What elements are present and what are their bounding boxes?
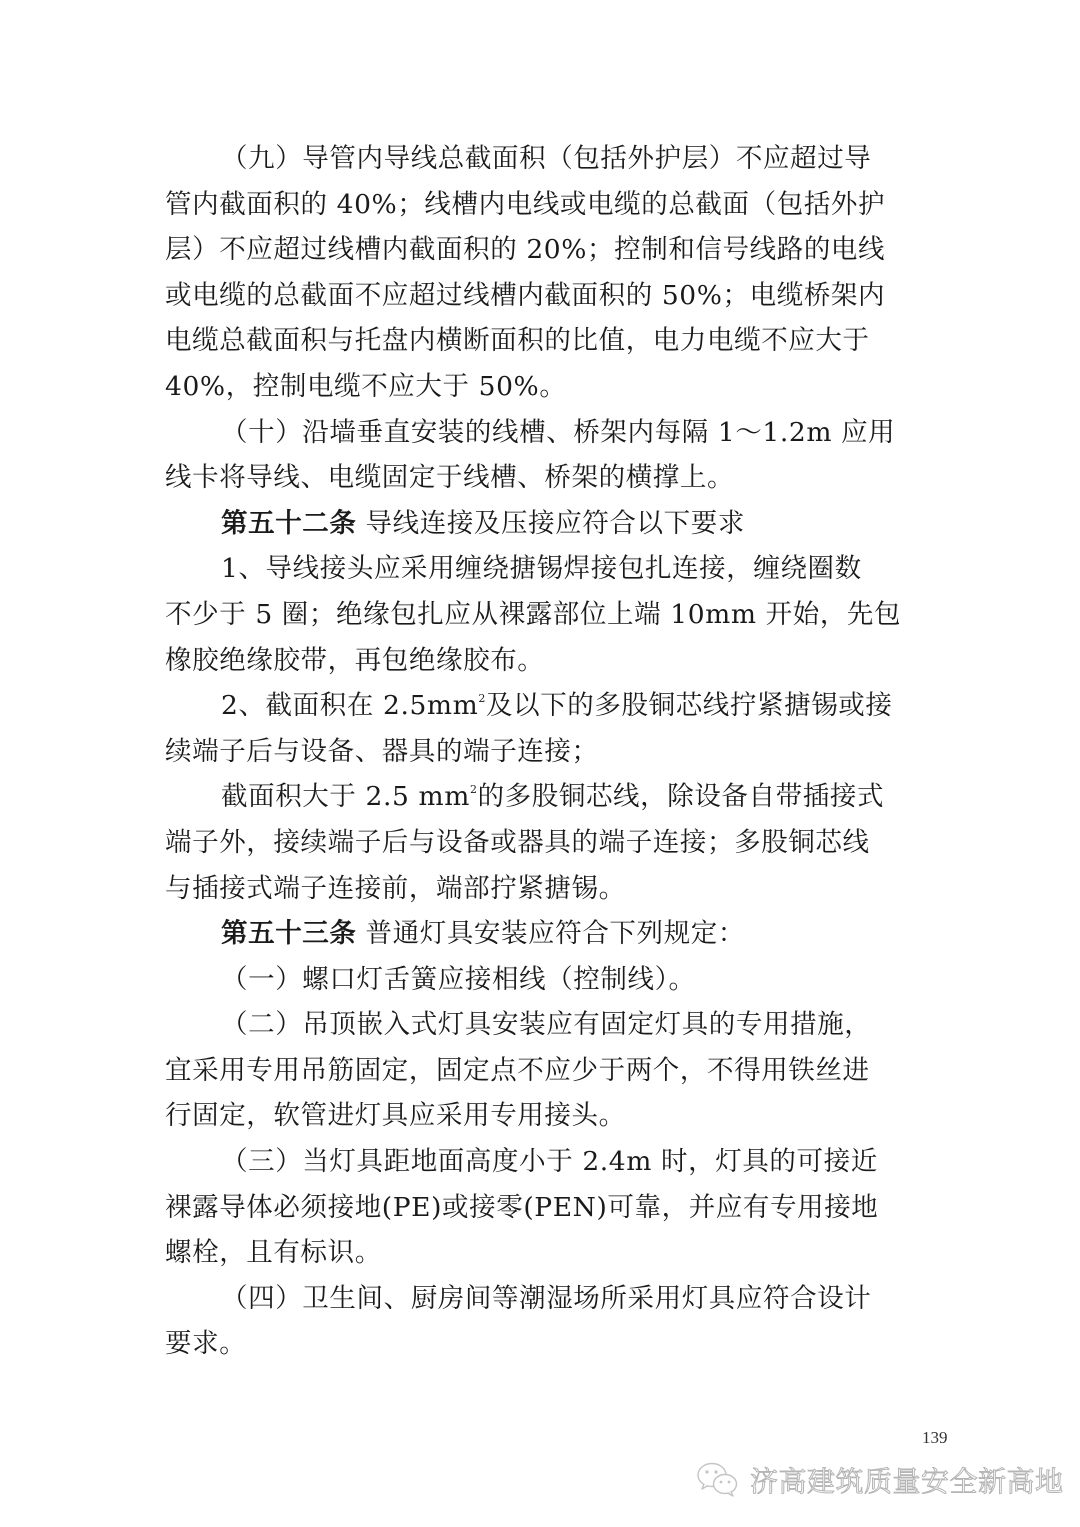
article-number: 第五十二条 — [221, 508, 357, 539]
line-text: 或电缆的总截面不应超过线槽内截面积的 50%；电缆桥架内 — [165, 280, 885, 311]
line-text: 线卡将导线、电缆固定于线槽、桥架的横撑上。 — [165, 462, 734, 493]
text-line: 40%，控制电缆不应大于 50%。 — [165, 364, 917, 410]
superscript: 2 — [470, 783, 478, 796]
text-line: 端子外，接续端子后与设备或器具的端子连接；多股铜芯线 — [165, 820, 917, 866]
line-text: 与插接式端子连接前，端部拧紧搪锡。 — [165, 873, 626, 904]
text-line: （四）卫生间、厨房间等潮湿场所采用灯具应符合设计 — [165, 1276, 917, 1322]
document-page: （九）导管内导线总截面积（包括外护层）不应超过导 管内截面积的 40%；线槽内电… — [165, 136, 917, 1367]
line-text: 端子外，接续端子后与设备或器具的端子连接；多股铜芯线 — [165, 827, 870, 858]
text-line: 橡胶绝缘胶带，再包绝缘胶布。 — [165, 638, 917, 684]
text-line: 截面积大于 2.5 mm2的多股铜芯线，除设备自带插接式 — [165, 774, 917, 820]
line-text: 的多股铜芯线，除设备自带插接式 — [478, 781, 885, 812]
line-text: 截面积大于 2.5 mm — [221, 781, 470, 812]
line-text: 管内截面积的 40%；线槽内电线或电缆的总截面（包括外护 — [165, 189, 885, 220]
wechat-icon — [696, 1461, 740, 1499]
watermark: 济高建筑质量安全新高地 — [696, 1460, 1064, 1500]
text-line: 与插接式端子连接前，端部拧紧搪锡。 — [165, 866, 917, 912]
line-text: 续端子后与设备、器具的端子连接； — [165, 736, 599, 767]
line-text: 1、导线接头应采用缠绕搪锡焊接包扎连接，缠绕圈数 — [221, 553, 862, 584]
line-text: 层）不应超过线槽内截面积的 20%；控制和信号线路的电线 — [165, 234, 885, 265]
line-text: （二）吊顶嵌入式灯具安装应有固定灯具的专用措施， — [221, 1009, 871, 1040]
line-text: （十）沿墙垂直安装的线槽、桥架内每隔 1～1.2m 应用 — [221, 417, 895, 448]
text-line: （十）沿墙垂直安装的线槽、桥架内每隔 1～1.2m 应用 — [165, 410, 917, 456]
article-title: 导线连接及压接应符合以下要求 — [357, 508, 745, 539]
line-text: 要求。 — [165, 1328, 246, 1359]
line-text: 不少于 5 圈；绝缘包扎应从裸露部位上端 10mm 开始，先包 — [165, 599, 901, 630]
text-line: 线卡将导线、电缆固定于线槽、桥架的横撑上。 — [165, 455, 917, 501]
line-text: （四）卫生间、厨房间等潮湿场所采用灯具应符合设计 — [221, 1283, 871, 1314]
text-line: 层）不应超过线槽内截面积的 20%；控制和信号线路的电线 — [165, 227, 917, 273]
text-line: 不少于 5 圈；绝缘包扎应从裸露部位上端 10mm 开始，先包 — [165, 592, 917, 638]
article-number: 第五十三条 — [221, 918, 357, 949]
text-line: （二）吊顶嵌入式灯具安装应有固定灯具的专用措施， — [165, 1002, 917, 1048]
line-text: （九）导管内导线总截面积（包括外护层）不应超过导 — [221, 143, 871, 174]
watermark-text: 济高建筑质量安全新高地 — [750, 1460, 1064, 1500]
superscript: 2 — [478, 692, 486, 705]
text-line: 宜采用专用吊筋固定，固定点不应少于两个，不得用铁丝进 — [165, 1048, 917, 1094]
text-line: （三）当灯具距地面高度小于 2.4m 时，灯具的可接近 — [165, 1139, 917, 1185]
article-title: 普通灯具安装应符合下列规定： — [357, 918, 745, 949]
line-text: 橡胶绝缘胶带，再包绝缘胶布。 — [165, 645, 544, 676]
text-line: 行固定，软管进灯具应采用专用接头。 — [165, 1093, 917, 1139]
line-text: 裸露导体必须接地(PE)或接零(PEN)可靠，并应有专用接地 — [165, 1192, 878, 1223]
line-text: 螺栓，且有标识。 — [165, 1237, 382, 1268]
text-line: 1、导线接头应采用缠绕搪锡焊接包扎连接，缠绕圈数 — [165, 546, 917, 592]
text-line: 2、截面积在 2.5mm2及以下的多股铜芯线拧紧搪锡或接 — [165, 683, 917, 729]
article-heading-52: 第五十二条 导线连接及压接应符合以下要求 — [165, 501, 917, 547]
text-line: （九）导管内导线总截面积（包括外护层）不应超过导 — [165, 136, 917, 182]
page-number: 139 — [922, 1428, 948, 1448]
line-text: （一）螺口灯舌簧应接相线（控制线）。 — [221, 964, 696, 995]
text-line: 或电缆的总截面不应超过线槽内截面积的 50%；电缆桥架内 — [165, 273, 917, 319]
text-line: 裸露导体必须接地(PE)或接零(PEN)可靠，并应有专用接地 — [165, 1185, 917, 1231]
text-line: 要求。 — [165, 1321, 917, 1367]
line-text: 宜采用专用吊筋固定，固定点不应少于两个，不得用铁丝进 — [165, 1055, 870, 1086]
article-heading-53: 第五十三条 普通灯具安装应符合下列规定： — [165, 911, 917, 957]
text-line: 管内截面积的 40%；线槽内电线或电缆的总截面（包括外护 — [165, 182, 917, 228]
line-text: 行固定，软管进灯具应采用专用接头。 — [165, 1100, 626, 1131]
text-line: （一）螺口灯舌簧应接相线（控制线）。 — [165, 957, 917, 1003]
line-text: 40%，控制电缆不应大于 50%。 — [165, 371, 566, 402]
line-text: 2、截面积在 2.5mm — [221, 690, 478, 721]
text-line: 螺栓，且有标识。 — [165, 1230, 917, 1276]
line-text: 及以下的多股铜芯线拧紧搪锡或接 — [486, 690, 893, 721]
text-line: 电缆总截面积与托盘内横断面积的比值，电力电缆不应大于 — [165, 318, 917, 364]
line-text: 电缆总截面积与托盘内横断面积的比值，电力电缆不应大于 — [165, 325, 870, 356]
text-line: 续端子后与设备、器具的端子连接； — [165, 729, 917, 775]
line-text: （三）当灯具距地面高度小于 2.4m 时，灯具的可接近 — [221, 1146, 878, 1177]
